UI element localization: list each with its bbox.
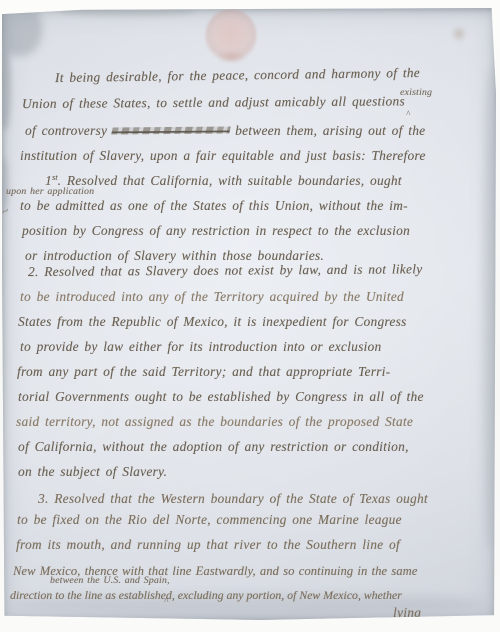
left-edge-smudge bbox=[0, 48, 11, 130]
manuscript-line-14: torial Governments ought to be establish… bbox=[18, 389, 424, 405]
manuscript-line-16: of California, without the adoption of a… bbox=[18, 439, 409, 455]
manuscript-line-18: 3. Resolved that the Western boundary of… bbox=[38, 491, 428, 507]
photo-background: It being desirable, for the peace, conco… bbox=[0, 0, 500, 632]
manuscript-line-1: It being desirable, for the peace, conco… bbox=[55, 65, 420, 86]
manuscript-line-2: Union of these States, to settle and adj… bbox=[22, 93, 405, 112]
manuscript-line-10: to be introduced into any of the Territo… bbox=[20, 289, 404, 305]
seal-stain-ring bbox=[216, 50, 248, 64]
right-edge-smudge bbox=[483, 68, 496, 548]
insertion-between-us-and-spain: between the U.S. and Spain, bbox=[50, 575, 170, 587]
caret-mark: ^ bbox=[406, 109, 410, 119]
insertion-upon-her-application: upon her application bbox=[6, 186, 94, 198]
manuscript-line-22: direction to the line as established, ex… bbox=[10, 587, 402, 603]
manuscript-line-6: to be admitted as one of the States of t… bbox=[20, 198, 408, 214]
ink-spot bbox=[450, 26, 468, 42]
margin-mark: ~ bbox=[0, 203, 12, 219]
manuscript-line-13: from any part of the said Territory; and… bbox=[17, 364, 390, 380]
line-3-before-strike: of controversy bbox=[25, 123, 107, 138]
struck-out-words bbox=[111, 124, 232, 136]
manuscript-line-11: States from the Republic of Mexico, it i… bbox=[18, 314, 407, 330]
manuscript-line-3: of controversybetween them, arising out … bbox=[25, 123, 425, 139]
manuscript-line-15: said territory, not assigned as the boun… bbox=[16, 414, 413, 430]
line-3-after-strike: between them, arising out of the bbox=[235, 123, 425, 138]
manuscript-line-7: position by Congress of any restriction … bbox=[22, 223, 410, 239]
seal-stain bbox=[205, 9, 257, 63]
manuscript-page: It being desirable, for the peace, conco… bbox=[2, 8, 496, 620]
corner-smudge bbox=[0, 2, 42, 56]
manuscript-line-12: to provide by law either for its introdu… bbox=[20, 339, 381, 355]
top-edge-smudge bbox=[60, 5, 195, 16]
manuscript-line-4: institution of Slavery, upon a fair equi… bbox=[20, 148, 426, 164]
manuscript-line-20: from its mouth, and running up that rive… bbox=[16, 537, 400, 553]
manuscript-line-9: 2. Resolved that as Slavery does not exi… bbox=[28, 261, 422, 280]
catchword: lying bbox=[393, 605, 421, 621]
insertion-existing: existing bbox=[400, 87, 432, 99]
manuscript-line-5: 1st. Resolved that California, with suit… bbox=[45, 169, 402, 185]
manuscript-line-19: to be fixed on the Rio del Norte, commen… bbox=[17, 512, 402, 528]
resolution-1-text: . Resolved that California, with suitabl… bbox=[58, 173, 402, 188]
manuscript-line-17: on the subject of Slavery. bbox=[18, 464, 167, 480]
